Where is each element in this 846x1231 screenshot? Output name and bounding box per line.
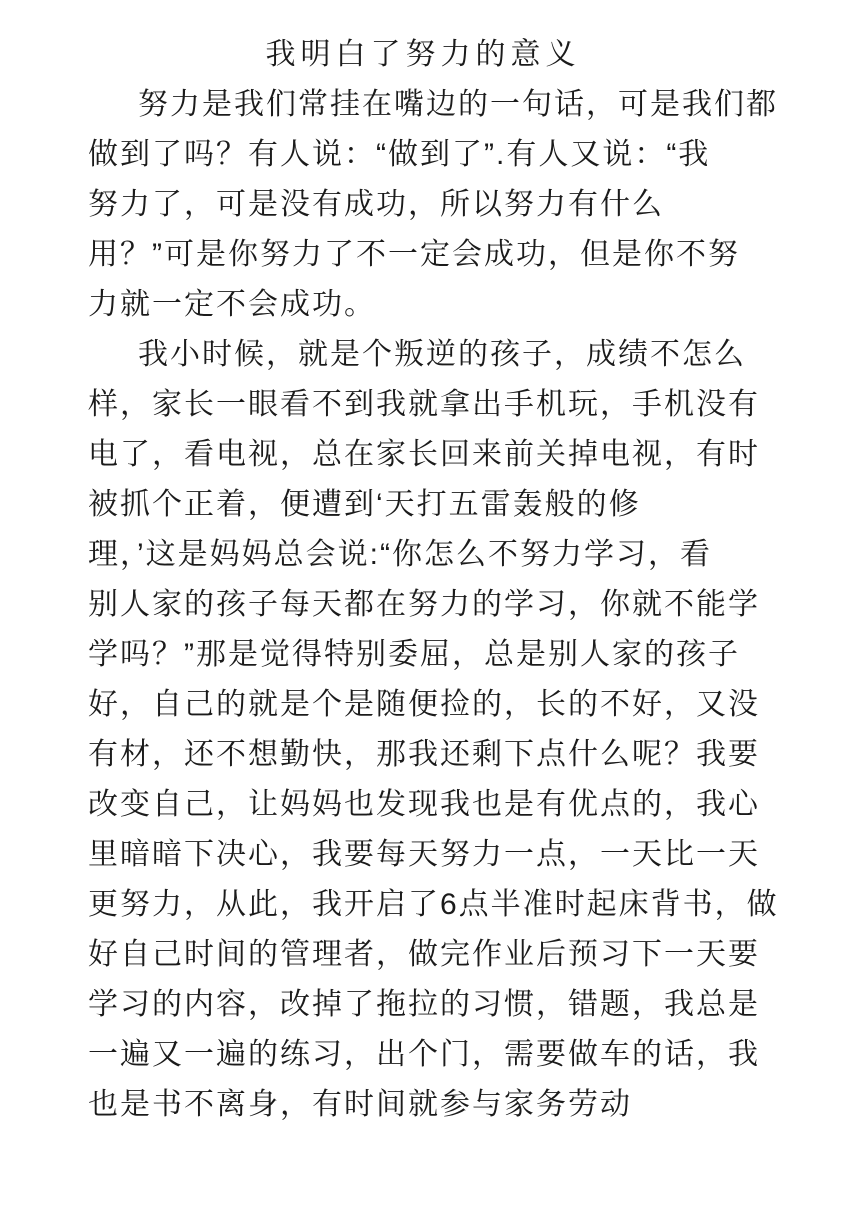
text-line: 有材，还不想勤快，那我还剩下点什么呢？我要: [88, 730, 846, 780]
text-line: 更努力，从此，我开启了6点半准时起床背书，做: [88, 880, 846, 930]
essay-body: 努力是我们常挂在嘴边的一句话，可是我们都 做到了吗？有人说：“做到了”.有人又说…: [0, 80, 846, 1130]
text-line: 努力是我们常挂在嘴边的一句话，可是我们都: [88, 80, 846, 130]
text-line: 也是书不离身，有时间就参与家务劳动: [88, 1080, 846, 1130]
text-line: 一遍又一遍的练习，出个门，需要做车的话，我: [88, 1030, 846, 1080]
text-line: 好自己时间的管理者，做完作业后预习下一天要: [88, 930, 846, 980]
text-line: 我小时候，就是个叛逆的孩子，成绩不怎么: [88, 330, 846, 380]
text-line: 学习的内容，改掉了拖拉的习惯，错题，我总是: [88, 980, 846, 1030]
text-line: 电了，看电视，总在家长回来前关掉电视，有时: [88, 430, 846, 480]
text-line: 力就一定不会成功。: [88, 280, 846, 330]
text-line: 别人家的孩子每天都在努力的学习，你就不能学: [88, 580, 846, 630]
text-line: 理，’这是妈妈总会说:“你怎么不努力学习，看: [88, 530, 846, 580]
text-line: 努力了，可是没有成功，所以努力有什么: [88, 180, 846, 230]
text-line: 被抓个正着，便遭到‘天打五雷轰般的修: [88, 480, 846, 530]
document-page: 我明白了努力的意义 努力是我们常挂在嘴边的一句话，可是我们都 做到了吗？有人说：…: [0, 0, 846, 1231]
text-line: 改变自己，让妈妈也发现我也是有优点的，我心: [88, 780, 846, 830]
text-line: 用？”可是你努力了不一定会成功，但是你不努: [88, 230, 846, 280]
text-line: 里暗暗下决心，我要每天努力一点，一天比一天: [88, 830, 846, 880]
essay-title: 我明白了努力的意义: [0, 30, 846, 80]
text-line: 做到了吗？有人说：“做到了”.有人又说：“我: [88, 130, 846, 180]
text-line: 学吗？”那是觉得特别委屈，总是别人家的孩子: [88, 630, 846, 680]
text-line: 样，家长一眼看不到我就拿出手机玩，手机没有: [88, 380, 846, 430]
text-line: 好，自己的就是个是随便捡的，长的不好，又没: [88, 680, 846, 730]
